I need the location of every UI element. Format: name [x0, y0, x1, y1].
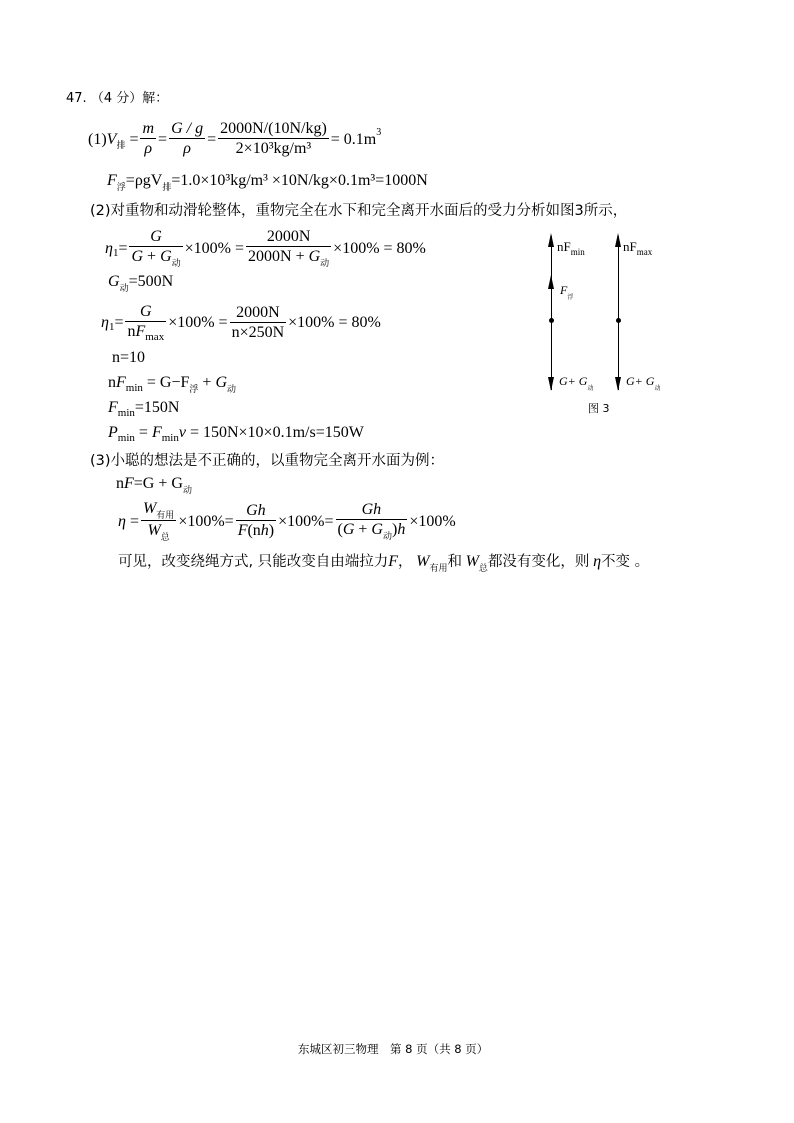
n-value: n=10 — [112, 349, 145, 367]
question-header: 47. （4 分）解： — [66, 87, 168, 106]
part2-intro: (2)对重物和动滑轮整体，重物完全在水下和完全离开水面后的受力分析如图3所示， — [90, 199, 627, 220]
arrow-down-icon — [615, 377, 621, 391]
efficiency-eq-2: η1= GnFmax ×100% = 2000Nn×250N ×100% = 8… — [101, 303, 381, 343]
nf-equation: nF=G + G动 — [116, 475, 192, 493]
fmin-value: Fmin=150N — [108, 399, 179, 417]
fmin-equation: nFmin = G−F浮 + G动 — [108, 374, 236, 392]
fraction: G / gρ — [169, 120, 205, 159]
label-ffu: F浮 — [560, 283, 573, 298]
part3-intro: (3)小聪的想法是不正确的，以重物完全离开水面为例： — [90, 449, 444, 470]
question-points: （4 分）解： — [91, 91, 168, 106]
buoyancy-equation: F浮=ρgV排=1.0×10³kg/m³ ×10N/kg×0.1m³=1000N — [107, 172, 428, 190]
g-dong-result: G动=500N — [108, 273, 173, 291]
efficiency-eq-1: η1= GG + G动 ×100% = 2000N2000N + G动 ×100… — [105, 228, 426, 269]
label-nfmax: nFmax — [623, 239, 652, 255]
part-label: (1) — [88, 131, 107, 149]
conclusion: 可见，改变绕绳方式, 只能改变自由端拉力F， W有用和 W总都没有变化，则 η不… — [118, 550, 649, 571]
arrow-up-icon — [548, 233, 554, 247]
fraction: mρ — [140, 120, 156, 159]
question-number: 47. — [66, 91, 87, 106]
arrow-up-icon — [615, 233, 621, 247]
page-footer: 东城区初三物理 第 8 页（共 8 页） — [298, 1041, 488, 1057]
pmin-equation: Pmin = Fminv = 150N×10×0.1m/s=150W — [108, 424, 364, 442]
label-nfmin: nFmin — [557, 239, 585, 255]
arrow-down-icon — [548, 377, 554, 391]
figure-caption: 图 3 — [588, 400, 610, 416]
force-line-left — [551, 236, 552, 390]
label-gravity-left: G+ G动 — [559, 374, 593, 389]
point-icon — [549, 318, 554, 323]
force-line-right — [618, 236, 619, 390]
efficiency-eq-3: η = W有用W总 ×100%= GhF(nh) ×100%= Gh(G + G… — [118, 500, 456, 543]
point-icon — [616, 318, 621, 323]
fraction: 2000N/(10N/kg)2×10³kg/m³ — [218, 120, 329, 159]
label-gravity-right: G+ G动 — [626, 374, 660, 389]
volume-equation: (1) V排 = mρ = G / gρ = 2000N/(10N/kg)2×1… — [88, 120, 381, 159]
arrow-up-icon — [548, 275, 554, 289]
